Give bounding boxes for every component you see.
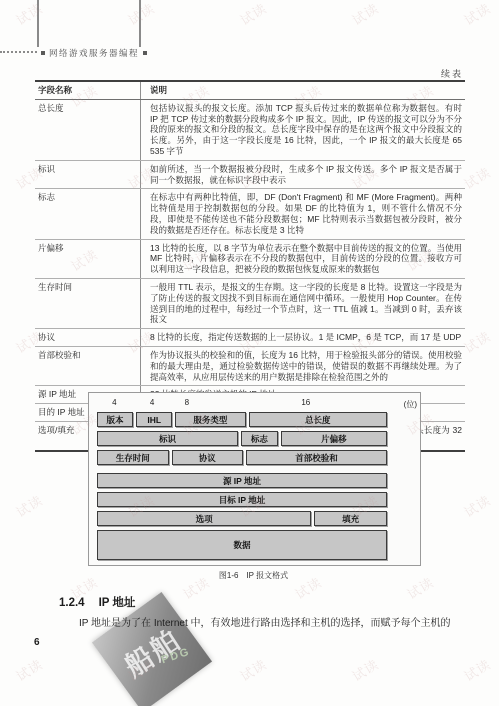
packet-field-cell: 首部校验和 xyxy=(246,450,387,465)
trial-watermark: 试读 xyxy=(460,490,494,521)
packet-field-row: 标识标志片偏移 xyxy=(97,431,387,446)
table-row: 协议8 比特的长度，指定传送数据的上一层协议。1 是 ICMP，6 是 TCP，… xyxy=(35,329,465,347)
section-number: 1.2.4 xyxy=(59,597,85,609)
packet-field-cell: 源 IP 地址 xyxy=(97,473,387,488)
column-header-field-name: 字段名称 xyxy=(35,82,141,99)
field-description-cell: 在标志中有两种比特值，即，DF (Don't Fragment) 和 MF (M… xyxy=(141,189,465,238)
section-heading: 1.2.4IP 地址 xyxy=(59,594,135,610)
trial-watermark: 试读 xyxy=(460,326,494,357)
trial-watermark: 试读 xyxy=(12,490,46,521)
crop-mark-right xyxy=(139,0,141,47)
packet-field-cell: 标志 xyxy=(241,431,278,446)
bit-scale-tick: 8 xyxy=(185,398,189,407)
packet-field-cell: IHL xyxy=(136,412,172,427)
field-name-cell: 标志 xyxy=(35,189,141,238)
bit-scale-tick: 4 xyxy=(150,398,154,407)
packet-field-row: 目标 IP 地址 xyxy=(97,492,387,507)
packet-field-cell: 总长度 xyxy=(249,412,388,427)
packet-field-row: 选项填充 xyxy=(97,511,387,526)
bit-scale-tick: 16 xyxy=(301,398,310,407)
running-header-title: 网络游戏服务器编程 xyxy=(49,47,139,59)
table-row: 生存时间一般用 TTL 表示，是报文的生存期。这一字段的长度是 8 比特。设置这… xyxy=(35,279,465,329)
running-header: 网络游戏服务器编程 xyxy=(41,47,147,59)
packet-field-row: 版本IHL服务类型总长度 xyxy=(97,412,387,427)
field-description-cell: 如前所述，当一个数据报被分段时，生成多个 IP 报文传送。多个 IP 报文是否属… xyxy=(141,161,465,189)
packet-field-row: 生存时间协议首部校验和 xyxy=(97,450,387,465)
packet-field-cell: 生存时间 xyxy=(97,450,169,465)
packet-field-cell: 选项 xyxy=(97,511,311,526)
packet-field-cell: 目标 IP 地址 xyxy=(97,492,387,507)
packet-field-row: 数据 xyxy=(97,530,387,560)
trial-watermark: 试读 xyxy=(460,0,494,29)
dotted-leader-line xyxy=(0,51,37,53)
table-row: 片偏移13 比特的长度，以 8 字节为单位表示在整个数据中目前传送的报文的位置。… xyxy=(35,240,465,279)
packet-field-row: 源 IP 地址 xyxy=(97,473,387,488)
trial-watermark: 试读 xyxy=(348,0,382,29)
body-paragraph: IP 地址是为了在 Internet 中，有效地进行路由选择和主机的选择，而赋予… xyxy=(59,616,465,631)
trial-watermark: 试读 xyxy=(460,162,494,193)
field-name-cell: 首部校验和 xyxy=(35,347,141,385)
packet-field-cell: 填充 xyxy=(314,511,387,526)
crop-mark-left xyxy=(37,0,39,47)
bit-scale-row: 44816 xyxy=(97,398,387,409)
field-name-cell: 标识 xyxy=(35,161,141,189)
field-description-cell: 一般用 TTL 表示，是报文的生存期。这一字段的长度是 8 比特。设置这一字段是… xyxy=(141,279,465,328)
field-name-cell: 片偏移 xyxy=(35,240,141,278)
packet-field-cell: 标识 xyxy=(97,431,238,446)
header-square-icon xyxy=(143,51,147,55)
bit-unit-label: (位) xyxy=(404,399,417,410)
trial-watermark: 试读 xyxy=(124,0,158,29)
table-row: 标识如前所述，当一个数据报被分段时，生成多个 IP 报文传送。多个 IP 报文是… xyxy=(35,161,465,190)
page: 网络游戏服务器编程 续表 字段名称 说明 总长度包括协议报头的报文长度。添加 T… xyxy=(0,0,499,706)
trial-watermark: 试读 xyxy=(12,654,46,685)
page-number: 6 xyxy=(34,637,40,648)
table-header-row: 字段名称 说明 xyxy=(35,82,465,100)
packet-rows: 版本IHL服务类型总长度标识标志片偏移生存时间协议首部校验和源 IP 地址目标 … xyxy=(97,412,387,560)
field-name-cell: 总长度 xyxy=(35,100,141,160)
field-name-cell: 生存时间 xyxy=(35,279,141,328)
table-row: 总长度包括协议报头的报文长度。添加 TCP 报头后传过来的数据单位称为数据包。有… xyxy=(35,100,465,161)
field-description-cell: 作为协议报头的校验和的值，长度为 16 比特，用于检验报头部分的错误。使用校验和… xyxy=(141,347,465,385)
section-title: IP 地址 xyxy=(99,597,136,609)
field-description-cell: 8 比特的长度，指定传送数据的上一层协议。1 是 ICMP，6 是 TCP，而 … xyxy=(141,329,465,346)
trial-watermark: 试读 xyxy=(460,654,494,685)
continued-table-label: 续表 xyxy=(441,67,463,80)
packet-field-cell: 服务类型 xyxy=(175,412,245,427)
header-square-icon xyxy=(41,51,45,55)
field-name-cell: 协议 xyxy=(35,329,141,346)
field-description-cell: 13 比特的长度，以 8 字节为单位表示在整个数据中目前传送的报文的位置。当使用… xyxy=(141,240,465,278)
table-row: 首部校验和作为协议报头的校验和的值，长度为 16 比特，用于检验报头部分的错误。… xyxy=(35,347,465,386)
column-header-description: 说明 xyxy=(141,82,465,99)
ip-packet-format-figure: (位) 44816 版本IHL服务类型总长度标识标志片偏移生存时间协议首部校验和… xyxy=(88,392,421,566)
trial-watermark: 试读 xyxy=(348,654,382,685)
bit-scale-tick: 4 xyxy=(112,398,116,407)
trial-watermark: 试读 xyxy=(236,0,270,29)
packet-field-cell: 数据 xyxy=(97,530,387,560)
packet-field-cell: 版本 xyxy=(97,412,133,427)
packet-field-cell: 协议 xyxy=(172,450,244,465)
field-description-cell: 包括协议报头的报文长度。添加 TCP 报头后传过来的数据单位称为数据包。有时 I… xyxy=(141,100,465,160)
packet-field-cell: 片偏移 xyxy=(281,431,387,446)
trial-watermark: 试读 xyxy=(236,654,270,685)
trial-watermark: 试读 xyxy=(12,0,46,29)
figure-caption: 图1-6 IP 报文格式 xyxy=(88,570,419,581)
table-row: 标志在标志中有两种比特值，即，DF (Don't Fragment) 和 MF … xyxy=(35,189,465,239)
